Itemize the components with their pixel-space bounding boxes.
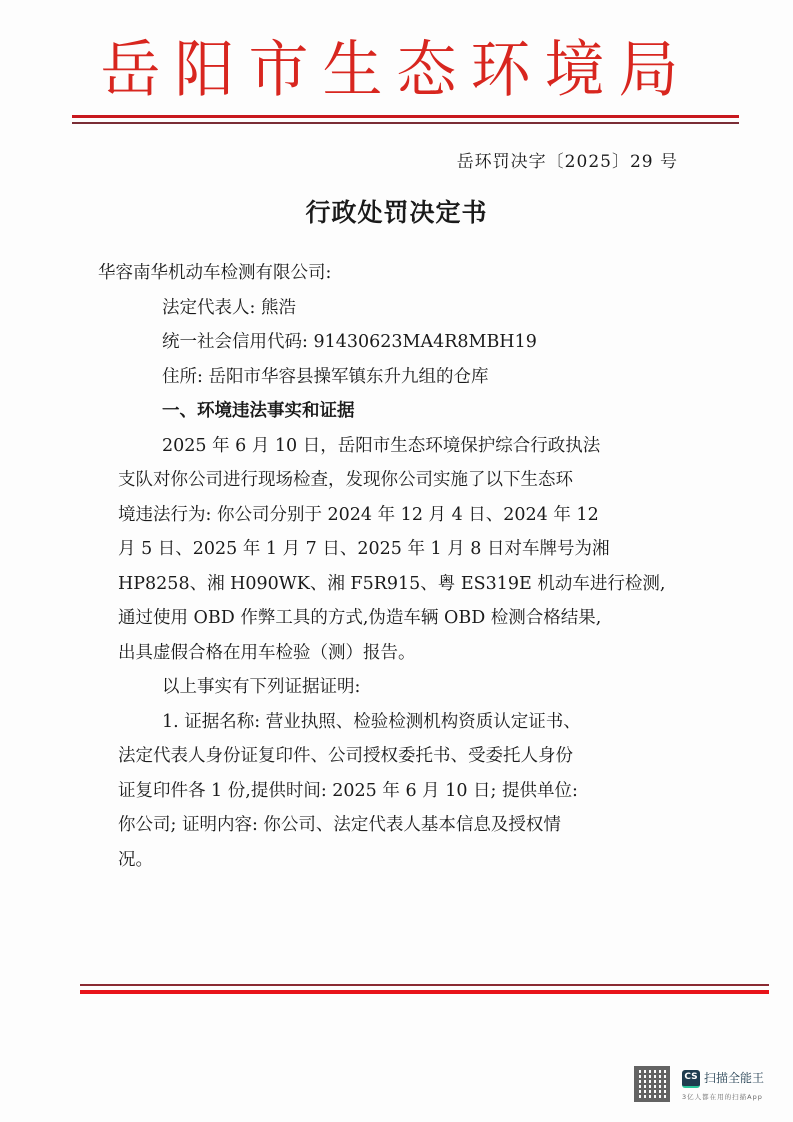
facts-line: 支队对你公司进行现场检查，发现你公司实施了以下生态环: [118, 463, 688, 498]
evidence-line: 证复印件各 1 份,提供时间: 2025 年 6 月 10 日; 提供单位:: [118, 774, 688, 809]
facts-line: 2025 年 6 月 10 日，岳阳市生态环境保护综合行政执法: [118, 429, 688, 464]
header-rule-thick: [72, 115, 739, 118]
facts-line: 出具虚假合格在用车检验（测）报告。: [118, 636, 688, 671]
section-heading-facts: 一、环境违法事实和证据: [118, 394, 688, 429]
footer-rule-thin: [80, 984, 769, 986]
credit-code: 统一社会信用代码: 91430623MA4R8MBH19: [118, 325, 688, 360]
app-name: 扫描全能王: [704, 1069, 764, 1086]
qr-code-icon: [634, 1066, 670, 1102]
app-tagline: 3亿人都在用的扫描App: [682, 1092, 763, 1101]
camscanner-logo-icon: CS: [682, 1070, 700, 1088]
scanner-watermark: CS 扫描全能王 3亿人都在用的扫描App: [634, 1066, 784, 1110]
agency-masthead: 岳阳市生态环境局: [0, 29, 793, 111]
facts-line: HP8258、湘 H090WK、湘 F5R915、粤 ES319E 机动车进行检…: [118, 567, 688, 602]
evidence-line: 况。: [118, 843, 688, 878]
address: 住所: 岳阳市华容县操军镇东升九组的仓库: [118, 360, 688, 395]
recipient: 华容南华机动车检测有限公司:: [98, 256, 688, 291]
evidence-line: 1. 证据名称: 营业执照、检验检测机构资质认定证书、: [118, 705, 688, 740]
evidence-line: 你公司; 证明内容: 你公司、法定代表人基本信息及授权情: [118, 808, 688, 843]
footer-rule-thick: [80, 990, 769, 994]
document-body: 华容南华机动车检测有限公司: 法定代表人: 熊浩 统一社会信用代码: 91430…: [118, 256, 688, 877]
document-title: 行政处罚决定书: [0, 196, 793, 230]
facts-line: 通过使用 OBD 作弊工具的方式,伪造车辆 OBD 检测合格结果,: [118, 601, 688, 636]
header-rule-thin: [72, 122, 739, 124]
facts-line: 月 5 日、2025 年 1 月 7 日、2025 年 1 月 8 日对车牌号为…: [118, 532, 688, 567]
facts-line: 境违法行为: 你公司分别于 2024 年 12 月 4 日、2024 年 12: [118, 498, 688, 533]
document-number: 岳环罚决字〔2025〕29 号: [457, 150, 678, 174]
legal-representative: 法定代表人: 熊浩: [118, 291, 688, 326]
evidence-intro: 以上事实有下列证据证明:: [118, 670, 688, 705]
evidence-line: 法定代表人身份证复印件、公司授权委托书、受委托人身份: [118, 739, 688, 774]
